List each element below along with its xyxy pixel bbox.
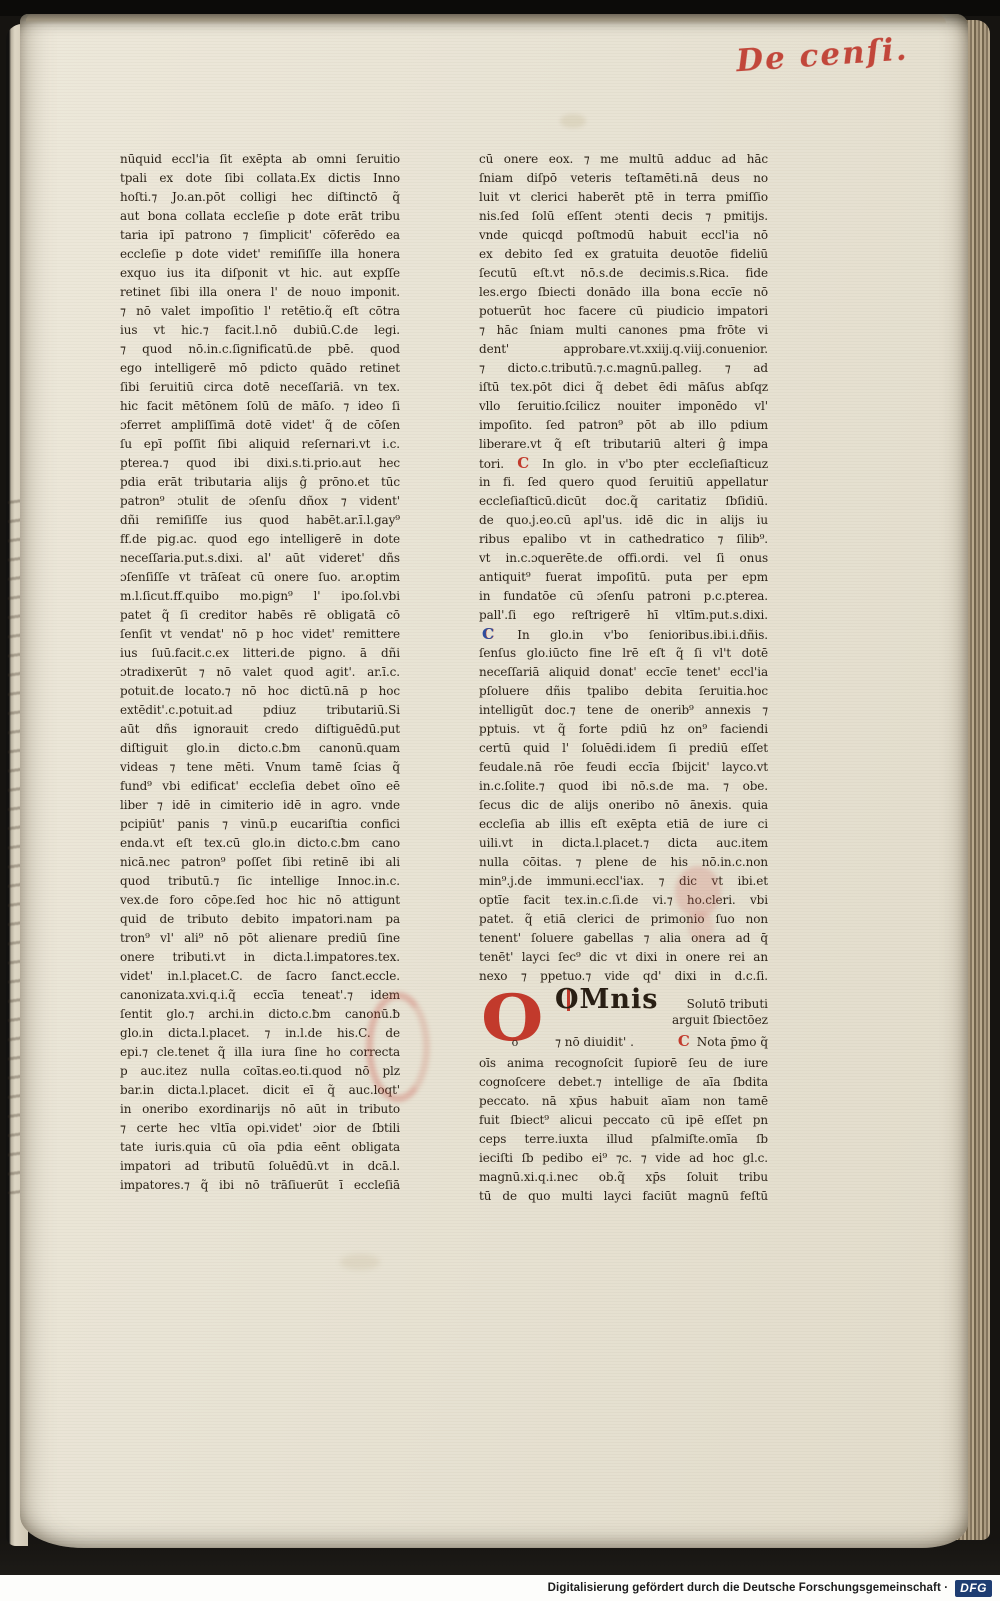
text-line: ego intelligerē mō pdicto quādo retinet — [120, 359, 400, 378]
text-line: ɔtradixerūt ⁊ nō valet quod agit'. ar.ī.… — [120, 663, 400, 682]
text-line: quid de tributo debito impatori.nam pa — [120, 910, 400, 929]
text-line: patet q̃ ſi creditor habēs rē obligatā c… — [120, 606, 400, 625]
headline-annotation: De cenſi. — [735, 29, 947, 80]
text-line: tenent' ſoluere gabellas ⁊ alia onera ad… — [479, 929, 768, 948]
text-line: ieciſti ſb pedibo ei⁹ ⁊c. ⁊ vide ad hoc … — [479, 1149, 768, 1168]
text-line: cognoſcere debet.⁊ intellige de aīa ſbdi… — [479, 1073, 768, 1092]
text-line: pall'.ſi ego reſtrigerē hī vltīm.put.s.d… — [479, 606, 768, 625]
red-bleedthrough-stain — [688, 912, 714, 942]
text-line: ⁊ hāc ſniam multi canones pma frōte vi — [479, 321, 768, 340]
text-line: ⁊ dicto.c.tributū.⁊.c.magnū.palleg. ⁊ ad — [479, 359, 768, 378]
text-line: ſenſit vt vendat' nō p hoc videt' remitt… — [120, 625, 400, 644]
book-page: De cenſi. nūquid eccl'ia ſit exēpta ab o… — [20, 14, 968, 1548]
text-line: canonizata.xvi.q.i.q̃ eccīa teneat'.⁊ id… — [120, 986, 400, 1005]
text-line: luit vt clerici haberēt ptē in terra pmi… — [479, 188, 768, 207]
text-line: fuit ſbiect⁹ alicui peccato cū ipē eſſet… — [479, 1111, 768, 1130]
red-bleedthrough-stain — [675, 866, 721, 918]
text-line: nicā.nec patron⁹ poſſet ſibi retinē ibi … — [120, 853, 400, 872]
text-line: potuerūt hoc facere cū piudicio impatori — [479, 302, 768, 321]
text-line: dñi remiſiſſe ius quod habēt.ar.ī.l.gay⁹ — [120, 511, 400, 530]
text-line: ſibi ſeruitiū circa dotē neceſſariā. vn … — [120, 378, 400, 397]
text-line: ſenſus glo.iūcto fine lrē eſt q̃ ſi vl't… — [479, 644, 768, 663]
text-line: vnde quicqd poſtmodū habuit eccl'ia nō — [479, 226, 768, 245]
foxing-spot — [340, 1254, 380, 1270]
text-line: eccleſia ab illis eſt exēpta etiā de iur… — [479, 815, 768, 834]
text-line: impatores.⁊ q̃ ibi nō trāſiuerūt ī eccle… — [120, 1176, 400, 1195]
text-line: antiquit⁹ fuerat impoſitū. puta per epm — [479, 568, 768, 587]
dfg-logo: DFG — [955, 1580, 992, 1597]
text-line: ſentit glo.⁊ archi.in dicto.c.ƀm canonū.… — [120, 1005, 400, 1024]
text-line: ⁊ nō valet impoſitio l' retētio.q̃ eſt c… — [120, 302, 400, 321]
text-line: onere tributi.vt in dicta.l.impatores.te… — [120, 948, 400, 967]
text-line: nulla cōitas. ⁊ plene de his nō.in.c.non — [479, 853, 768, 872]
text-line: m.l.ſicut.ff.quibo mo.pign⁹ l' ipo.ſol.v… — [120, 587, 400, 606]
text-line: optīe facit tex.in.c.ſi.de vi.⁊ ho.cleri… — [479, 891, 768, 910]
left-text-column: nūquid eccl'ia ſit exēpta ab omni ſeruit… — [120, 150, 400, 1195]
text-line: pptuis. vt q̃ forte pdiū hz on⁹ faciendi — [479, 720, 768, 739]
text-line: p auc.itez nulla coītas.eo.ti.quod nō pl… — [120, 1062, 400, 1081]
text-line: diſtiguit glo.in dicto.c.ƀm canonū.quam — [120, 739, 400, 758]
text-line: liberare.vt q̃ eſt tributariū alteri ĝ i… — [479, 435, 768, 454]
text-line: tori. C In glo. in v'bo pter eccleſiaſti… — [479, 454, 768, 473]
text-line: uili.vt in dicta.l.placet.⁊ dicta auc.it… — [479, 834, 768, 853]
text-line: Solutō tributi — [687, 997, 768, 1011]
page-top-edge-shadow — [26, 14, 946, 24]
text-line: patron⁹ ɔtulit de ɔſenſu dñox ⁊ vident' — [120, 492, 400, 511]
paragraph-mark: C — [514, 454, 532, 472]
text-line: pdia erāt tributaria alijs ĝ prōno.et tū… — [120, 473, 400, 492]
text-line: ɔferret ampliſſimā dotē videt' q̃ de cōſ… — [120, 416, 400, 435]
text-line: iſtū tex.pōt dici q̃ debet ēdi māſus abſ… — [479, 378, 768, 397]
lombard-initial-o: O o — [481, 992, 562, 1050]
text-line: videas ⁊ tene mēti. Vnum tamē ſcias q̃ — [120, 758, 400, 777]
text-line: les.ergo ſbiecti donādo illa bona eccīe … — [479, 283, 768, 302]
paragraph-mark: C — [479, 625, 497, 643]
paragraph-mark: C — [675, 1032, 693, 1050]
text-line: ius vt hic.⁊ facit.l.nō dubiū.C.de legi. — [120, 321, 400, 340]
text-line: in fundatōe cū ɔſenſu patroni p.c.pterea… — [479, 587, 768, 606]
text-line: fund⁹ vbi edificat' eccleſia debet oīno … — [120, 777, 400, 796]
text-line: ⁊ quod nō.in.c.ſignificatū.de pbē. quod — [120, 340, 400, 359]
text-line: retinet ſibi illa onera l' de nouo impon… — [120, 283, 400, 302]
text-line: ſniam diſpō veteris teſtamēti.nā deus no — [479, 169, 768, 188]
foxing-spot — [560, 114, 586, 128]
text-line: aūt dñs ignorauit credo diſtiguēdū.put — [120, 720, 400, 739]
text-line: feudale.nā rōe feudi eccīa ſbijcit' layc… — [479, 758, 768, 777]
text-line: impoſito. ſed patron⁹ pōt ab illo pdium — [479, 416, 768, 435]
text-line: hic facit mētōnem ſolū de māſo. ⁊ ideo ſ… — [120, 397, 400, 416]
text-line: glo.in dicta.l.placet. ⁊ in.l.de his.C. … — [120, 1024, 400, 1043]
right-text-column: cū onere eox. ⁊ me multū adduc ad hācſni… — [479, 150, 768, 986]
omnis-lemma-block: O o OMnis Solutō tributi arguit ſbiectōe… — [479, 986, 768, 1052]
text-line: cū onere eox. ⁊ me multū adduc ad hāc — [479, 150, 768, 169]
text-line: eccleſiaſticū.dicūt doc.q̃ caritatiz ſbſ… — [479, 492, 768, 511]
text-line: tpali ex dote ſibi collata.Ex dictis Inn… — [120, 169, 400, 188]
right-text-column-continued: oīs anima recognoſcit ſupiorē ſeu de iur… — [479, 1054, 768, 1206]
text-line: patet. q̃ etiā clerici de primonio ſuo n… — [479, 910, 768, 929]
text-line: nūquid eccl'ia ſit exēpta ab omni ſeruit… — [120, 150, 400, 169]
text-line: potuit.de locato.⁊ nō hoc dictū.nā p hoc — [120, 682, 400, 701]
text-line: ſecutū eſt.vt nō.s.de decimis.s.Rica. fi… — [479, 264, 768, 283]
text-line: vllo ſeruitio.ſcilicz nouiter imponēdo v… — [479, 397, 768, 416]
text-line: magnū.xi.q.i.nec ob.q̃ xp̄s ſoluit tribu — [479, 1168, 768, 1187]
text-line: pcipiūt' panis ⁊ vinū.p eucariſtia confi… — [120, 815, 400, 834]
text-line: ceps terre.iuxta illud pſalmiſte.omīa ſb — [479, 1130, 768, 1149]
text-line: epi.⁊ cle.tenet q̃ illa iura ſine ho cor… — [120, 1043, 400, 1062]
text-line: aut bona collata eccleſie p dote erāt tr… — [120, 207, 400, 226]
text-line: ⁊ certe hec vltīa opi.videt' ɔior de ſbt… — [120, 1119, 400, 1138]
text-line: impatori ad tributū ſoluēdū.vt in dcā.l. — [120, 1157, 400, 1176]
page-scan: De cenſi. nūquid eccl'ia ſit exēpta ab o… — [0, 0, 1000, 1601]
text-line: quod tributū.⁊ ſic intellige Innoc.in.c. — [120, 872, 400, 891]
text-line: tenēt' layci ſec⁹ dic vt dixi in onere r… — [479, 948, 768, 967]
text-line: vex.de foro cōpe.ſed hoc hic nō attigunt — [120, 891, 400, 910]
text-line: nis.ſed ſolū eſſent ɔtenti decis ⁊ pmiti… — [479, 207, 768, 226]
text-line: bar.in dicta.l.placet. dicit eī q̃ auc.l… — [120, 1081, 400, 1100]
digitization-caption: Digitalisierung gefördert durch die Deut… — [548, 1582, 949, 1594]
text-line: vt in.c.ɔquerēte.de offi.ordi. vel ſi on… — [479, 549, 768, 568]
text-line: hoſti.⁊ Jo.an.pōt colligi hec diſtinctō … — [120, 188, 400, 207]
text-line: videt' in.l.placet.C. de ſacro ſanct.ecc… — [120, 967, 400, 986]
text-line: in oneribo exordinarijs nō aūt in tribut… — [120, 1100, 400, 1119]
text-line: in.c.ſolite.⁊ quod ibi nō.s.de ma. ⁊ obe… — [479, 777, 768, 796]
text-line: tate iuris.quia cū oīa pdia eēnt obligat… — [120, 1138, 400, 1157]
red-bleedthrough-stain — [366, 992, 430, 1102]
text-line: ſu epī poſſit ſibi aliquid reſernari.vt … — [120, 435, 400, 454]
text-line: taria ipī patrono ⁊ ſimplicit' cōferēdo … — [120, 226, 400, 245]
text-line: ɔſenſiſſe vt trāſeat cū onere ſuo. ar.op… — [120, 568, 400, 587]
lemma-omnis: OMnis — [555, 986, 659, 1013]
text-line: exquo ius ita diſponit vt hic. aut expſſ… — [120, 264, 400, 283]
text-line: ex debito ſed ex gratuita deuotōe fideli… — [479, 245, 768, 264]
text-line: ff.de pig.ac. quod ego intelligerē in do… — [120, 530, 400, 549]
text-line: eccleſie p dote videt' remiſiſſe illa ho… — [120, 245, 400, 264]
text-line: certū quid l' ſoluēdi.idem ſi prediū eſſ… — [479, 739, 768, 758]
text-line: pterea.⁊ quod ibi dixi.s.ti.prio.aut hec — [120, 454, 400, 473]
text-line: ⁊ nō diuidit' . C Nota p̄mo q̃ — [555, 1032, 768, 1051]
text-line: enda.vt eſt tex.cū glo.in dicto.c.ƀm can… — [120, 834, 400, 853]
text-line: extēdit'.c.potuit.ad pdiuz tributariū.Si — [120, 701, 400, 720]
text-line: tron⁹ vl' ali⁹ nō pōt alienare prediū ſi… — [120, 929, 400, 948]
text-line: intelligūt doc.⁊ tene de onerib⁹ annexis… — [479, 701, 768, 720]
text-line: arguit ſbiectōez — [555, 1013, 768, 1032]
text-line: in fi. ſed quero quod ſeruitiū appellatu… — [479, 473, 768, 492]
text-line: de quo.j.eo.cū apl'us. idē dic in alijs … — [479, 511, 768, 530]
text-line: C In glo.in v'bo ſenioribus.ibi.i.dñis. — [479, 625, 768, 644]
text-line: neceſſaria.put.s.dixi. al' aūt videret' … — [120, 549, 400, 568]
text-line: neceſſariā aliquid donat' eccīe tenet' e… — [479, 663, 768, 682]
text-line: oīs anima recognoſcit ſupiorē ſeu de iur… — [479, 1054, 768, 1073]
text-line: ius ſuū.facit.c.ex litteri.de pigno. ā d… — [120, 644, 400, 663]
text-line: peccato. nā xp̄us habuit aīam non tamē — [479, 1092, 768, 1111]
footer-bar: Digitalisierung gefördert durch die Deut… — [0, 1575, 1000, 1601]
text-line: tū de quo multi layci faciūt magnū feſtū — [479, 1187, 768, 1206]
text-line: dent' approbare.vt.xxiij.q.viij.conuenio… — [479, 340, 768, 359]
text-line: liber ⁊ idē in cimiterio idē in agro. vn… — [120, 796, 400, 815]
text-line: ſecus dic de alijs oneribo nō ānexis. qu… — [479, 796, 768, 815]
text-line: min⁹.j.de immuni.eccl'iax. ⁊ dic vt ibi.… — [479, 872, 768, 891]
text-line: pſoluere dñis tpalibo debita ſeruitia.ho… — [479, 682, 768, 701]
text-line: ribus epalibo vt in cathedratico ⁊ ſilib… — [479, 530, 768, 549]
